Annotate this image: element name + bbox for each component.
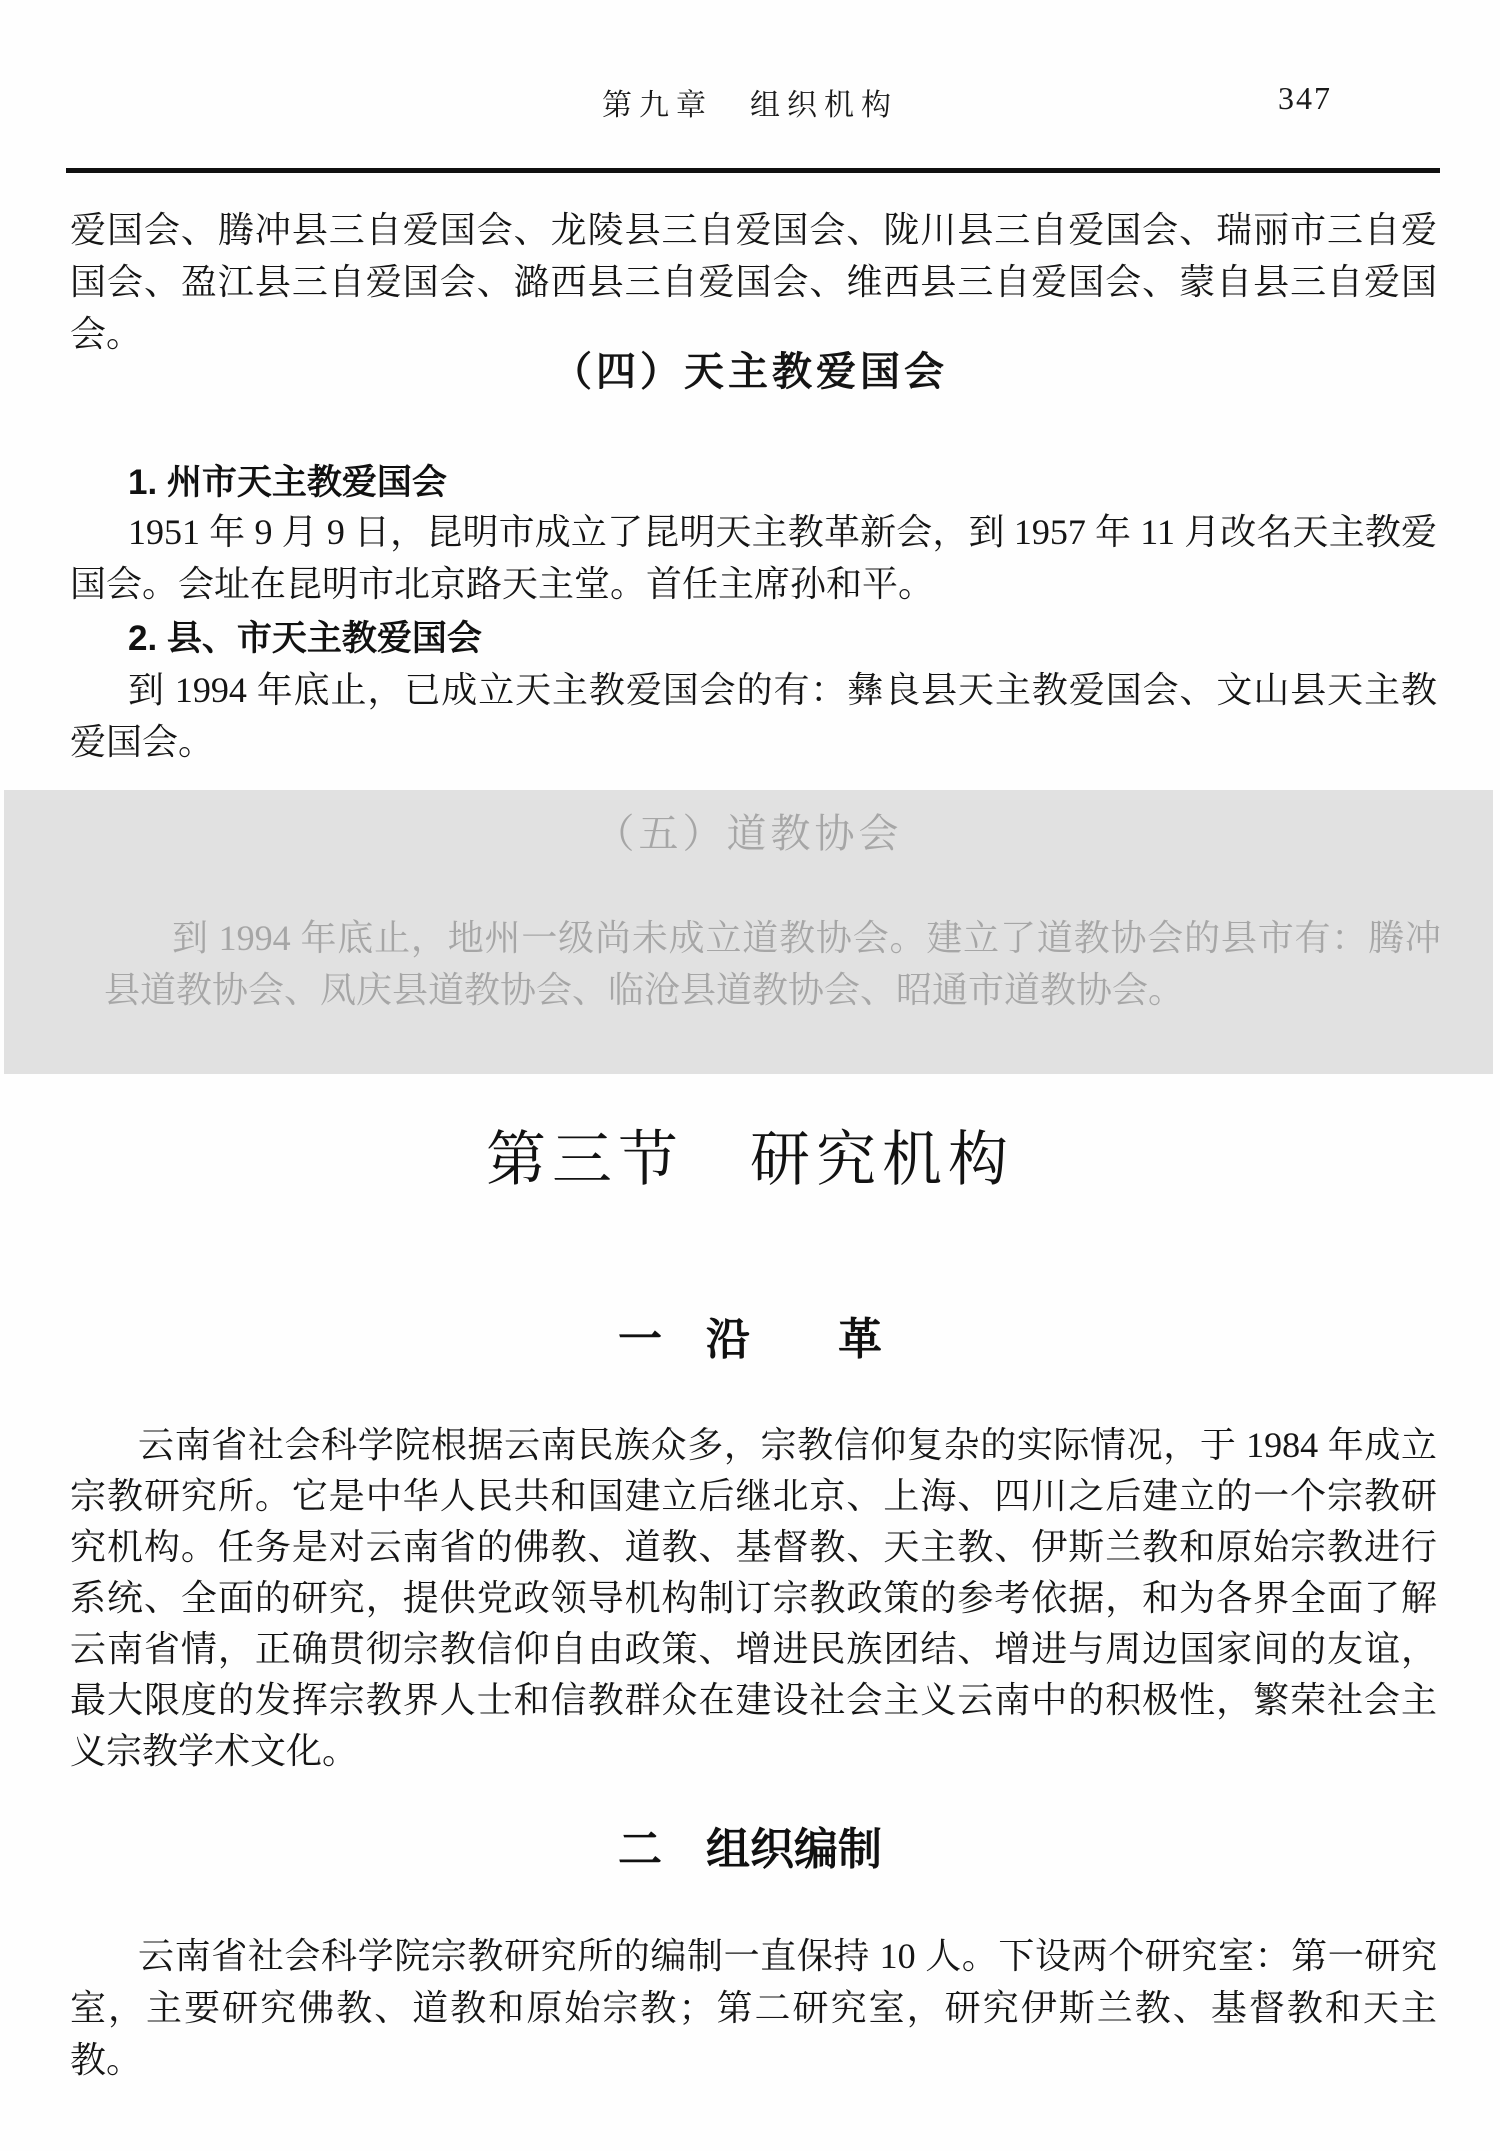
section4-item2-title: 2. 县、市天主教爱国会	[128, 616, 482, 662]
subsection1-paragraph: 云南省社会科学院根据云南民族众多，宗教信仰复杂的实际情况，于 1984 年成立宗…	[70, 1420, 1437, 1777]
section4-item2-paragraph: 到 1994 年底止，已成立天主教爱国会的有：彝良县天主教爱国会、文山县天主教爱…	[70, 664, 1437, 768]
section4-item1-title: 1. 州市天主教爱国会	[128, 460, 447, 506]
section5-paragraph: 到 1994 年底止，地州一级尚未成立道教协会。建立了道教协会的县市有：腾冲县道…	[104, 912, 1441, 1016]
section5-heading: （五）道教协会	[4, 806, 1493, 862]
subsection2-paragraph: 云南省社会科学院宗教研究所的编制一直保持 10 人。下设两个研究室：第一研究室，…	[70, 1930, 1437, 2086]
highlighted-selection-band: （五）道教协会 到 1994 年底止，地州一级尚未成立道教协会。建立了道教协会的…	[4, 790, 1493, 1074]
subsection2-heading: 二 组织编制	[0, 1820, 1500, 1880]
section4-heading: （四）天主教爱国会	[0, 344, 1500, 400]
page-number: 347	[1278, 80, 1332, 117]
running-header-chapter-title: 第九章 组织机构	[0, 80, 1500, 124]
section4-item1-paragraph: 1951 年 9 月 9 日，昆明市成立了昆明天主教革新会，到 1957 年 1…	[70, 506, 1437, 610]
section3-main-title: 第三节 研究机构	[0, 1122, 1500, 1198]
header-rule-line	[66, 168, 1440, 173]
scanned-book-page: 第九章 组织机构 347 爱国会、腾冲县三自爱国会、龙陵县三自爱国会、陇川县三自…	[0, 0, 1500, 2151]
intro-continuation-paragraph: 爱国会、腾冲县三自爱国会、龙陵县三自爱国会、陇川县三自爱国会、瑞丽市三自爱国会、…	[70, 204, 1437, 360]
subsection1-heading: 一 沿 革	[0, 1310, 1500, 1370]
